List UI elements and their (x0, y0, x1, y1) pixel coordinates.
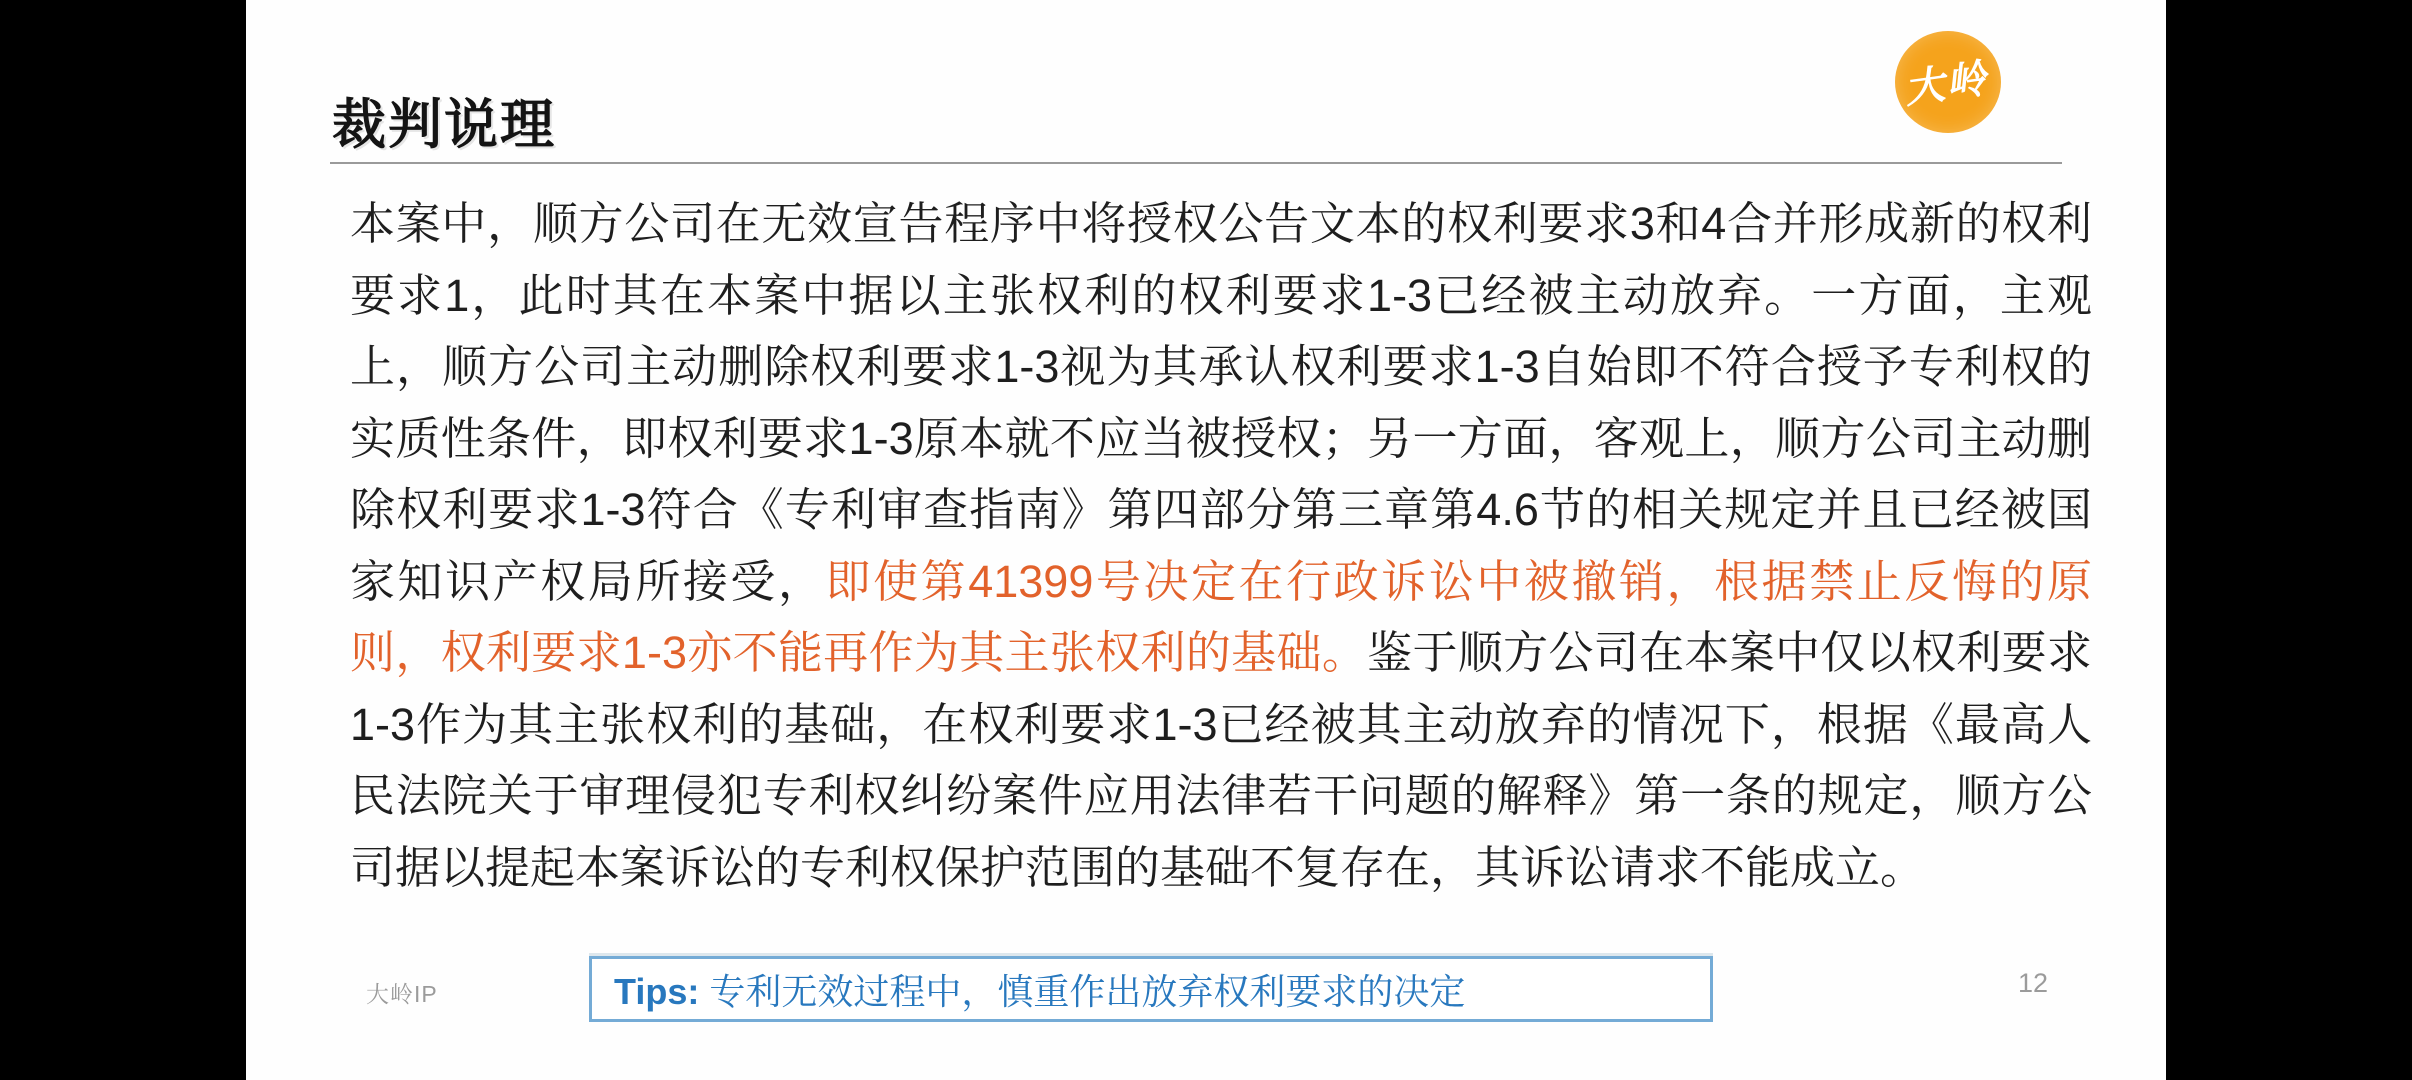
footer-brand: 大岭IP (366, 976, 438, 1009)
video-frame: 裁判说理 大岭 本案中，顺方公司在无效宣告程序中将授权公告文本的权利要求3和4合… (0, 0, 2412, 1080)
tips-text: 专利无效过程中，慎重作出放弃权利要求的决定 (709, 971, 1465, 1012)
body-text-segment-1: 本案中，顺方公司在无效宣告程序中将授权公告文本的权利要求3和4合并形成新的权利要… (350, 198, 2092, 607)
brand-logo-text: 大岭 (1900, 46, 1991, 114)
page-number: 12 (2018, 968, 2048, 999)
presentation-slide: 裁判说理 大岭 本案中，顺方公司在无效宣告程序中将授权公告文本的权利要求3和4合… (246, 0, 2166, 1080)
body-paragraph: 本案中，顺方公司在无效宣告程序中将授权公告文本的权利要求3和4合并形成新的权利要… (350, 188, 2092, 903)
tips-label: Tips: (614, 971, 699, 1012)
tips-box: Tips:专利无效过程中，慎重作出放弃权利要求的决定 (589, 956, 1713, 1022)
page-title: 裁判说理 (332, 82, 556, 159)
letterbox-left (0, 0, 246, 1080)
brand-logo: 大岭 (1895, 31, 2001, 133)
tips-line: Tips:专利无效过程中，慎重作出放弃权利要求的决定 (614, 964, 1465, 1015)
title-underline (330, 162, 2062, 164)
letterbox-right (2166, 0, 2412, 1080)
